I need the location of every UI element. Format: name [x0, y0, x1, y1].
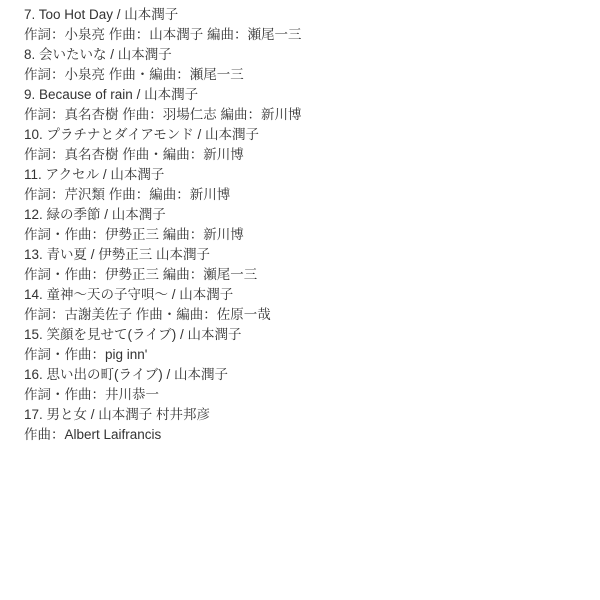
track-credits-line: 作詞・作曲：井川恭一 [24, 385, 580, 405]
track-title-line: 8. 会いたいな / 山本潤子 [24, 45, 580, 65]
track-title-line: 17. 男と女 / 山本潤子 村井邦彦 [24, 405, 580, 425]
track-credits-line: 作詞・作曲：伊勢正三 編曲：瀬尾一三 [24, 265, 580, 285]
track-item-15: 15. 笑顔を見せて(ライブ) / 山本潤子 作詞・作曲：pig inn' [24, 325, 580, 365]
track-title-line: 7. Too Hot Day / 山本潤子 [24, 5, 580, 25]
track-item-7: 7. Too Hot Day / 山本潤子 作詞：小泉亮 作曲：山本潤子 編曲：… [24, 5, 580, 45]
track-credits-line: 作詞：古謝美佐子 作曲・編曲：佐原一哉 [24, 305, 580, 325]
track-title-line: 11. アクセル / 山本潤子 [24, 165, 580, 185]
track-title-line: 10. プラチナとダイアモンド / 山本潤子 [24, 125, 580, 145]
track-credits-line: 作詞・作曲：pig inn' [24, 345, 580, 365]
track-title-line: 12. 緑の季節 / 山本潤子 [24, 205, 580, 225]
track-item-11: 11. アクセル / 山本潤子 作詞：芹沢類 作曲：編曲：新川博 [24, 165, 580, 205]
track-item-8: 8. 会いたいな / 山本潤子 作詞：小泉亮 作曲・編曲：瀬尾一三 [24, 45, 580, 85]
track-item-16: 16. 思い出の町(ライブ) / 山本潤子 作詞・作曲：井川恭一 [24, 365, 580, 405]
track-title-line: 15. 笑顔を見せて(ライブ) / 山本潤子 [24, 325, 580, 345]
track-credits-line: 作詞・作曲：伊勢正三 編曲：新川博 [24, 225, 580, 245]
track-credits-line: 作詞：芹沢類 作曲：編曲：新川博 [24, 185, 580, 205]
track-item-17: 17. 男と女 / 山本潤子 村井邦彦 作曲：Albert Laifrancis [24, 405, 580, 445]
track-credits-line: 作詞：小泉亮 作曲・編曲：瀬尾一三 [24, 65, 580, 85]
tracklist-page: 7. Too Hot Day / 山本潤子 作詞：小泉亮 作曲：山本潤子 編曲：… [0, 0, 600, 600]
track-credits-line: 作詞：真名杏樹 作曲・編曲：新川博 [24, 145, 580, 165]
track-item-9: 9. Because of rain / 山本潤子 作詞：真名杏樹 作曲：羽場仁… [24, 85, 580, 125]
track-item-12: 12. 緑の季節 / 山本潤子 作詞・作曲：伊勢正三 編曲：新川博 [24, 205, 580, 245]
track-title-line: 16. 思い出の町(ライブ) / 山本潤子 [24, 365, 580, 385]
track-credits-line: 作曲：Albert Laifrancis [24, 425, 580, 445]
track-credits-line: 作詞：小泉亮 作曲：山本潤子 編曲：瀬尾一三 [24, 25, 580, 45]
track-credits-line: 作詞：真名杏樹 作曲：羽場仁志 編曲：新川博 [24, 105, 580, 125]
track-item-14: 14. 童神～天の子守唄～ / 山本潤子 作詞：古謝美佐子 作曲・編曲：佐原一哉 [24, 285, 580, 325]
track-item-13: 13. 青い夏 / 伊勢正三 山本潤子 作詞・作曲：伊勢正三 編曲：瀬尾一三 [24, 245, 580, 285]
track-title-line: 13. 青い夏 / 伊勢正三 山本潤子 [24, 245, 580, 265]
track-title-line: 9. Because of rain / 山本潤子 [24, 85, 580, 105]
track-title-line: 14. 童神～天の子守唄～ / 山本潤子 [24, 285, 580, 305]
track-item-10: 10. プラチナとダイアモンド / 山本潤子 作詞：真名杏樹 作曲・編曲：新川博 [24, 125, 580, 165]
